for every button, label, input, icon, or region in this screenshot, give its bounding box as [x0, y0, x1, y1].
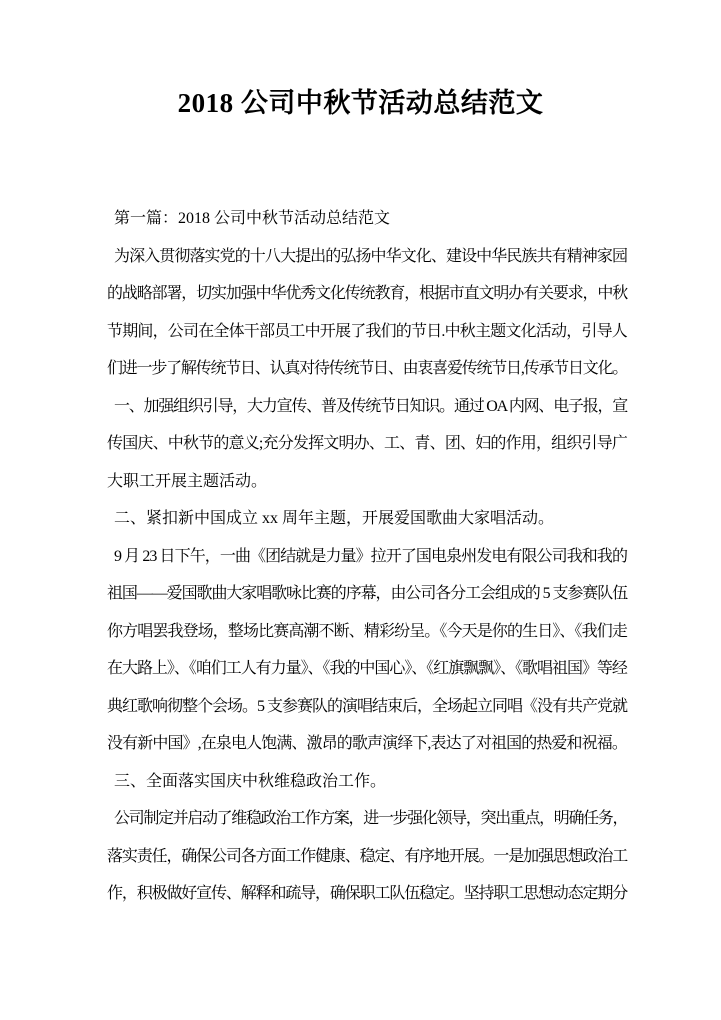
document-page: 2018 公司中秋节活动总结范文 第一篇：2018 公司中秋节活动总结范文为深入…: [0, 0, 721, 1020]
text-line: 一、加强组织引导，大力宣传、普及传统节日知识。通过 OA 内网、电子报，宣: [107, 388, 627, 426]
text-line: 典红歌响彻整个会场。5 支参赛队的演唱结束后，全场起立同唱《没有共产党就: [107, 688, 627, 726]
document-body: 第一篇：2018 公司中秋节活动总结范文为深入贯彻落实党的十八大提出的弘扬中华文…: [107, 200, 627, 913]
text-line: 没有新中国》,在泉电人饱满、激昂的歌声演绎下,表达了对祖国的热爱和祝福。: [107, 725, 627, 763]
text-line: 你方唱罢我登场，整场比赛高潮不断、精彩纷呈。《今天是你的生日》、《我们走: [107, 613, 627, 651]
text-line: 作，积极做好宣传、解释和疏导，确保职工队伍稳定。坚持职工思想动态定期分: [107, 875, 627, 913]
text-line-content: 公司制定并启动了维稳政治工作方案，进一步强化领导，突出重点，明确任务，: [114, 800, 627, 838]
text-line-content: 你方唱罢我登场，整场比赛高潮不断、精彩纷呈。《今天是你的生日》、《我们走: [107, 613, 627, 651]
text-line: 为深入贯彻落实党的十八大提出的弘扬中华文化、建设中华民族共有精神家园: [107, 238, 627, 276]
text-line-content: 落实责任，确保公司各方面工作健康、稳定、有序地开展。一是加强思想政治工: [107, 838, 627, 876]
text-line: 的战略部署，切实加强中华优秀文化传统教育，根据市直文明办有关要求，中秋: [107, 275, 627, 313]
text-line-content: 典红歌响彻整个会场。5 支参赛队的演唱结束后，全场起立同唱《没有共产党就: [107, 688, 627, 726]
text-line-content: 没有新中国》,在泉电人饱满、激昂的歌声演绎下,表达了对祖国的热爱和祝福。: [107, 725, 627, 763]
text-line-content: 传国庆、中秋节的意义;充分发挥文明办、工、青、团、妇的作用，组织引导广: [107, 425, 627, 463]
text-line-content: 的战略部署，切实加强中华优秀文化传统教育，根据市直文明办有关要求，中秋: [107, 275, 627, 313]
text-line-content: 三、全面落实国庆中秋维稳政治工作。: [114, 763, 386, 801]
text-line: 节期间，公司在全体干部员工中开展了我们的节日.中秋主题文化活动，引导人: [107, 313, 627, 351]
text-line: 们进一步了解传统节日、认真对待传统节日、由衷喜爱传统节日,传承节日文化。: [107, 350, 627, 388]
text-line-content: 作，积极做好宣传、解释和疏导，确保职工队伍稳定。坚持职工思想动态定期分: [107, 875, 627, 913]
text-line-content: 们进一步了解传统节日、认真对待传统节日、由衷喜爱传统节日,传承节日文化。: [107, 350, 627, 388]
text-line-content: 第一篇：2018 公司中秋节活动总结范文: [114, 200, 390, 238]
text-line: 公司制定并启动了维稳政治工作方案，进一步强化领导，突出重点，明确任务，: [107, 800, 627, 838]
text-line-content: 节期间，公司在全体干部员工中开展了我们的节日.中秋主题文化活动，引导人: [107, 313, 627, 351]
text-line: 9 月 23 日下午，一曲《团结就是力量》拉开了国电泉州发电有限公司我和我的: [107, 538, 627, 576]
text-line: 祖国——爱国歌曲大家唱歌咏比赛的序幕，由公司各分工会组成的 5 支参赛队伍: [107, 575, 627, 613]
text-line: 第一篇：2018 公司中秋节活动总结范文: [107, 200, 627, 238]
text-line-content: 一、加强组织引导，大力宣传、普及传统节日知识。通过 OA 内网、电子报，宣: [114, 388, 627, 426]
text-line-content: 为深入贯彻落实党的十八大提出的弘扬中华文化、建设中华民族共有精神家园: [114, 238, 627, 276]
text-line-content: 9 月 23 日下午，一曲《团结就是力量》拉开了国电泉州发电有限公司我和我的: [114, 538, 627, 576]
text-line: 大职工开展主题活动。: [107, 463, 627, 501]
text-line: 在大路上》、《咱们工人有力量》、《我的中国心》、《红旗飘飘》、《歌唱祖国》等经: [107, 650, 627, 688]
text-line: 二、紧扣新中国成立 xx 周年主题，开展爱国歌曲大家唱活动。: [107, 500, 627, 538]
text-line: 落实责任，确保公司各方面工作健康、稳定、有序地开展。一是加强思想政治工: [107, 838, 627, 876]
text-line: 三、全面落实国庆中秋维稳政治工作。: [107, 763, 627, 801]
text-line-content: 在大路上》、《咱们工人有力量》、《我的中国心》、《红旗飘飘》、《歌唱祖国》等经: [107, 650, 627, 688]
text-line: 传国庆、中秋节的意义;充分发挥文明办、工、青、团、妇的作用，组织引导广: [107, 425, 627, 463]
text-line-content: 大职工开展主题活动。: [107, 463, 267, 501]
text-line-content: 二、紧扣新中国成立 xx 周年主题，开展爱国歌曲大家唱活动。: [114, 500, 554, 538]
document-title: 2018 公司中秋节活动总结范文: [0, 0, 721, 118]
text-line-content: 祖国——爱国歌曲大家唱歌咏比赛的序幕，由公司各分工会组成的 5 支参赛队伍: [107, 575, 627, 613]
